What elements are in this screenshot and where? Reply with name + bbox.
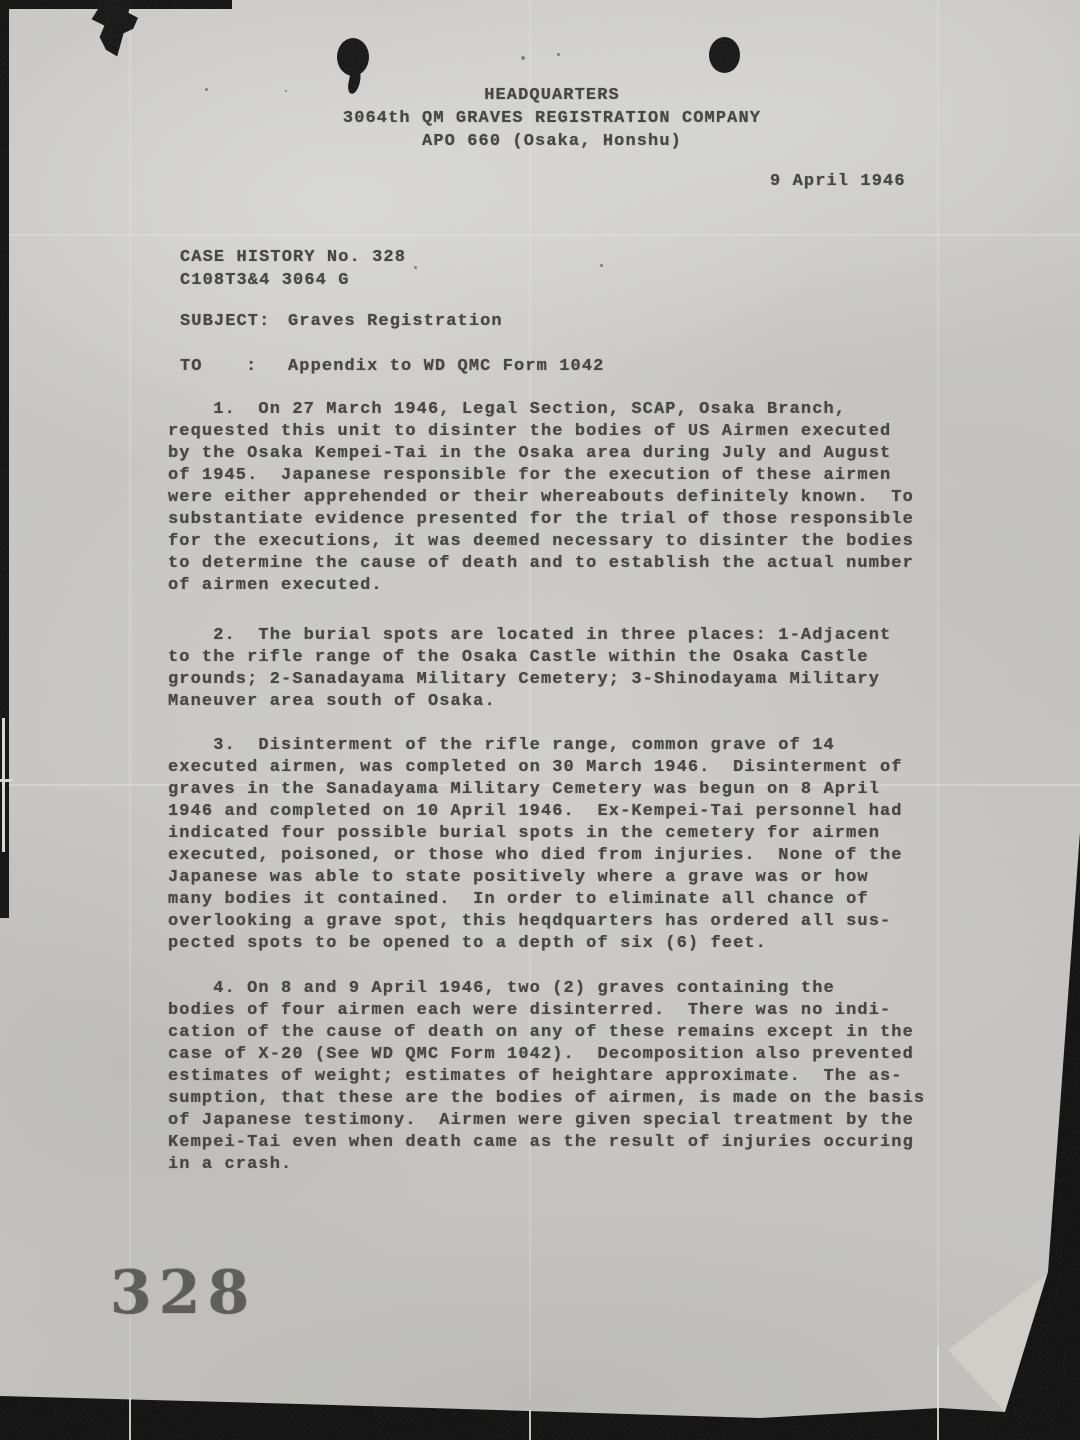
film-scale-tick: [0, 779, 13, 782]
date: 9 April 1946: [770, 171, 906, 193]
to-value: Appendix to WD QMC Form 1042: [288, 357, 604, 376]
case-reference-block: CASE HISTORY No. 328C108T3&4 3064 G: [180, 246, 406, 292]
letterhead-line2: 3064th QM GRAVES REGISTRATION COMPANY: [12, 107, 1080, 130]
case-history-number: CASE HISTORY No. 328: [180, 246, 406, 269]
speck: [557, 53, 560, 56]
to-row: TO:Appendix to WD QMC Form 1042: [180, 356, 604, 378]
speck: [205, 88, 208, 91]
film-scale-line: [2, 718, 5, 852]
plate-line-left: [129, 1398, 131, 1440]
vertical-crease-right: [937, 0, 939, 1400]
subject-row: SUBJECT:Graves Registration: [180, 311, 503, 333]
subject-label: SUBJECT:: [180, 311, 288, 333]
subject-value: Graves Registration: [288, 312, 503, 331]
vertical-crease-left: [129, 0, 131, 1400]
letterhead-line1: HEADQUARTERS: [12, 84, 1080, 107]
paragraph-3: 3. Disinterment of the rifle range, comm…: [168, 735, 903, 955]
letterhead: HEADQUARTERS3064th QM GRAVES REGISTRATIO…: [12, 84, 1080, 153]
plate-line-center: [529, 1410, 531, 1440]
paragraph-2: 2. The burial spots are located in three…: [168, 625, 891, 713]
horizontal-crease-upper: [0, 234, 1080, 236]
file-reference: C108T3&4 3064 G: [180, 269, 406, 292]
letterhead-line3: APO 660 (Osaka, Honshu): [12, 130, 1080, 153]
paragraph-4: 4. On 8 and 9 April 1946, two (2) graves…: [168, 978, 925, 1176]
page-number-stamp: 328: [110, 1258, 256, 1328]
punch-hole-right-icon: [709, 37, 740, 73]
paragraph-1: 1. On 27 March 1946, Legal Section, SCAP…: [168, 399, 914, 597]
speck: [414, 266, 417, 269]
speck: [600, 264, 603, 267]
plate-line-right: [937, 1346, 939, 1440]
speck: [285, 90, 287, 92]
paper-sheet: [0, 0, 1080, 1440]
to-colon: :: [246, 356, 288, 378]
scanned-document-frame: HEADQUARTERS3064th QM GRAVES REGISTRATIO…: [0, 0, 1080, 1440]
to-label: TO: [180, 356, 246, 378]
speck: [521, 56, 525, 60]
